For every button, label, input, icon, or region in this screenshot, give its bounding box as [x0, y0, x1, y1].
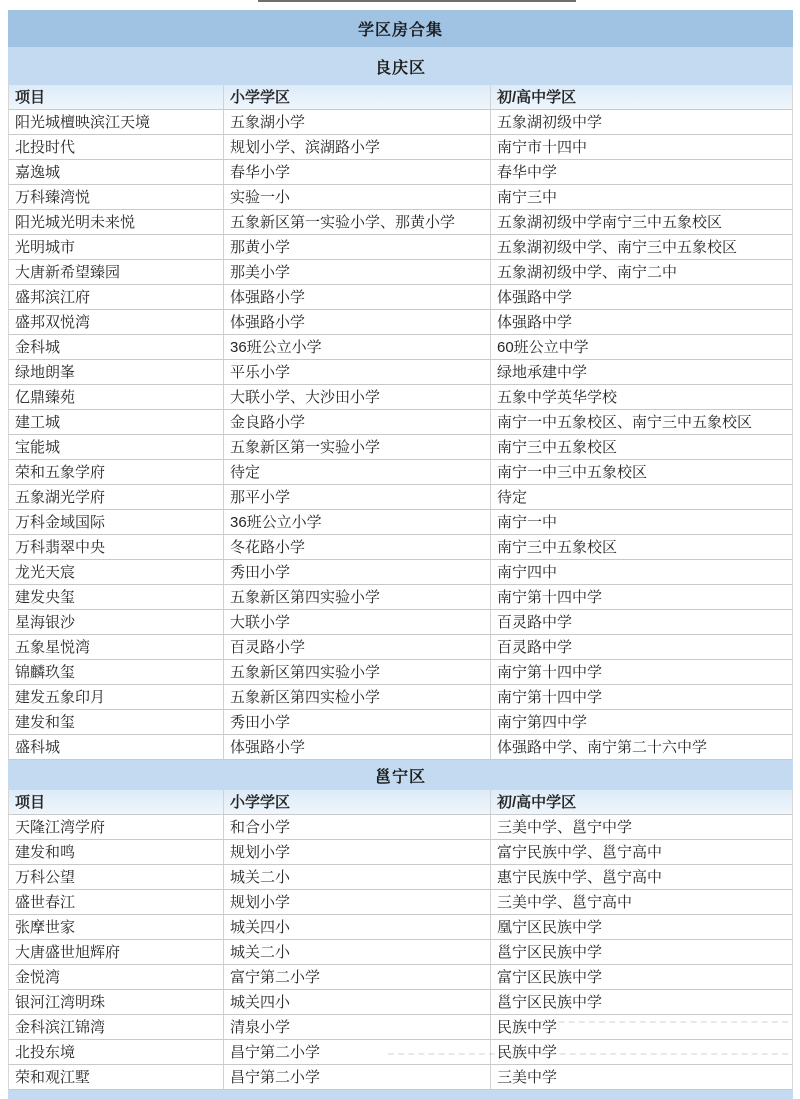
secondary-school-cell: 邕宁区民族中学 — [490, 940, 792, 964]
table-row: 万科公望城关二小惠宁民族中学、邕宁高中 — [8, 865, 793, 890]
table-row: 阳光城光明未来悦五象新区第一实验小学、那黄小学五象湖初级中学南宁三中五象校区 — [8, 210, 793, 235]
table-row: 万科翡翠中央冬花路小学南宁三中五象校区 — [8, 535, 793, 560]
table-row: 盛邦双悦湾体强路小学体强路中学 — [8, 310, 793, 335]
section-header: 良庆区 — [8, 47, 793, 85]
column-header: 小学学区 — [223, 790, 490, 814]
project-cell: 宝能城 — [9, 435, 223, 459]
primary-school-cell: 冬花路小学 — [223, 535, 490, 559]
table-row: 亿鼎臻苑大联小学、大沙田小学五象中学英华学校 — [8, 385, 793, 410]
table-row: 金悦湾富宁第二小学富宁区民族中学 — [8, 965, 793, 990]
table-row: 嘉逸城春华小学春华中学 — [8, 160, 793, 185]
table-row: 荣和五象学府待定南宁一中三中五象校区 — [8, 460, 793, 485]
secondary-school-cell: 春华中学 — [490, 160, 792, 184]
secondary-school-cell: 富宁民族中学、邕宁高中 — [490, 840, 792, 864]
table-row: 大唐新希望臻园那美小学五象湖初级中学、南宁二中 — [8, 260, 793, 285]
secondary-school-cell: 60班公立中学 — [490, 335, 792, 359]
primary-school-cell: 秀田小学 — [223, 560, 490, 584]
table-row: 盛世春江规划小学三美中学、邕宁高中 — [8, 890, 793, 915]
primary-school-cell: 36班公立小学 — [223, 335, 490, 359]
table-row: 宝能城五象新区第一实验小学南宁三中五象校区 — [8, 435, 793, 460]
project-cell: 亿鼎臻苑 — [9, 385, 223, 409]
project-cell: 张摩世家 — [9, 915, 223, 939]
project-cell: 万科金域国际 — [9, 510, 223, 534]
table-row: 锦麟玖玺五象新区第四实验小学南宁第十四中学 — [8, 660, 793, 685]
project-cell: 荣和五象学府 — [9, 460, 223, 484]
secondary-school-cell: 南宁第十四中学 — [490, 685, 792, 709]
project-cell: 建工城 — [9, 410, 223, 434]
project-cell: 绿地朗峯 — [9, 360, 223, 384]
secondary-school-cell: 富宁区民族中学 — [490, 965, 792, 989]
secondary-school-cell: 南宁三中五象校区 — [490, 435, 792, 459]
project-cell: 金科城 — [9, 335, 223, 359]
secondary-school-cell: 五象中学英华学校 — [490, 385, 792, 409]
primary-school-cell: 清泉小学 — [223, 1015, 490, 1039]
project-cell: 建发和鸣 — [9, 840, 223, 864]
secondary-school-cell: 民族中学 — [490, 1040, 792, 1064]
secondary-school-cell: 体强路中学 — [490, 310, 792, 334]
primary-school-cell: 规划小学 — [223, 890, 490, 914]
table-row: 张摩世家城关四小凰宁区民族中学 — [8, 915, 793, 940]
table-row: 金科滨江锦湾清泉小学民族中学 — [8, 1015, 793, 1040]
table-row: 星海银沙大联小学百灵路中学 — [8, 610, 793, 635]
primary-school-cell: 五象新区第一实验小学、那黄小学 — [223, 210, 490, 234]
primary-school-cell: 体强路小学 — [223, 285, 490, 309]
project-cell: 天隆江湾学府 — [9, 815, 223, 839]
primary-school-cell: 那平小学 — [223, 485, 490, 509]
project-cell: 嘉逸城 — [9, 160, 223, 184]
primary-school-cell: 城关四小 — [223, 990, 490, 1014]
project-cell: 龙光天宸 — [9, 560, 223, 584]
table-row: 建发和玺秀田小学南宁第四中学 — [8, 710, 793, 735]
project-cell: 五象湖光学府 — [9, 485, 223, 509]
project-cell: 五象星悦湾 — [9, 635, 223, 659]
table-row: 阳光城檀映滨江天境五象湖小学五象湖初级中学 — [8, 110, 793, 135]
project-cell: 盛世春江 — [9, 890, 223, 914]
secondary-school-cell: 体强路中学 — [490, 285, 792, 309]
project-cell: 北投东境 — [9, 1040, 223, 1064]
project-cell: 北投时代 — [9, 135, 223, 159]
bottom-band-partial — [8, 1090, 793, 1099]
primary-school-cell: 城关二小 — [223, 865, 490, 889]
column-header: 初/高中学区 — [490, 85, 792, 109]
table-title: 学区房合集 — [8, 10, 793, 47]
column-header: 项目 — [9, 85, 223, 109]
table-row: 建工城金良路小学南宁一中五象校区、南宁三中五象校区 — [8, 410, 793, 435]
secondary-school-cell: 百灵路中学 — [490, 610, 792, 634]
primary-school-cell: 大联小学、大沙田小学 — [223, 385, 490, 409]
primary-school-cell: 36班公立小学 — [223, 510, 490, 534]
primary-school-cell: 秀田小学 — [223, 710, 490, 734]
table-row: 建发央玺五象新区第四实验小学南宁第十四中学 — [8, 585, 793, 610]
secondary-school-cell: 南宁第十四中学 — [490, 660, 792, 684]
secondary-school-cell: 南宁三中五象校区 — [490, 535, 792, 559]
secondary-school-cell: 待定 — [490, 485, 792, 509]
project-cell: 阳光城光明未来悦 — [9, 210, 223, 234]
table-row: 五象星悦湾百灵路小学百灵路中学 — [8, 635, 793, 660]
table-row: 建发五象印月五象新区第四实检小学南宁第十四中学 — [8, 685, 793, 710]
primary-school-cell: 规划小学、滨湖路小学 — [223, 135, 490, 159]
table-row: 大唐盛世旭辉府城关二小邕宁区民族中学 — [8, 940, 793, 965]
table-sections: 良庆区项目小学学区初/高中学区阳光城檀映滨江天境五象湖小学五象湖初级中学北投时代… — [8, 47, 793, 1090]
project-cell: 银河江湾明珠 — [9, 990, 223, 1014]
primary-school-cell: 待定 — [223, 460, 490, 484]
secondary-school-cell: 百灵路中学 — [490, 635, 792, 659]
secondary-school-cell: 五象湖初级中学、南宁二中 — [490, 260, 792, 284]
table-row: 万科臻湾悦实验一小南宁三中 — [8, 185, 793, 210]
secondary-school-cell: 南宁市十四中 — [490, 135, 792, 159]
school-district-table: 学区房合集 良庆区项目小学学区初/高中学区阳光城檀映滨江天境五象湖小学五象湖初级… — [8, 10, 793, 1099]
primary-school-cell: 金良路小学 — [223, 410, 490, 434]
primary-school-cell: 春华小学 — [223, 160, 490, 184]
project-cell: 盛邦双悦湾 — [9, 310, 223, 334]
table-row: 龙光天宸秀田小学南宁四中 — [8, 560, 793, 585]
primary-school-cell: 体强路小学 — [223, 310, 490, 334]
secondary-school-cell: 五象湖初级中学、南宁三中五象校区 — [490, 235, 792, 259]
primary-school-cell: 五象新区第四实检小学 — [223, 685, 490, 709]
project-cell: 万科翡翠中央 — [9, 535, 223, 559]
primary-school-cell: 规划小学 — [223, 840, 490, 864]
secondary-school-cell: 三美中学 — [490, 1065, 792, 1089]
primary-school-cell: 平乐小学 — [223, 360, 490, 384]
secondary-school-cell: 南宁一中五象校区、南宁三中五象校区 — [490, 410, 792, 434]
project-cell: 金悦湾 — [9, 965, 223, 989]
table-row: 五象湖光学府那平小学待定 — [8, 485, 793, 510]
secondary-school-cell: 南宁四中 — [490, 560, 792, 584]
secondary-school-cell: 邕宁区民族中学 — [490, 990, 792, 1014]
secondary-school-cell: 五象湖初级中学南宁三中五象校区 — [490, 210, 792, 234]
primary-school-cell: 五象新区第一实验小学 — [223, 435, 490, 459]
project-cell: 盛科城 — [9, 735, 223, 759]
project-cell: 建发和玺 — [9, 710, 223, 734]
primary-school-cell: 体强路小学 — [223, 735, 490, 759]
primary-school-cell: 五象新区第四实验小学 — [223, 660, 490, 684]
table-row: 北投东境昌宁第二小学民族中学 — [8, 1040, 793, 1065]
project-cell: 盛邦滨江府 — [9, 285, 223, 309]
primary-school-cell: 五象湖小学 — [223, 110, 490, 134]
primary-school-cell: 和合小学 — [223, 815, 490, 839]
secondary-school-cell: 体强路中学、南宁第二十六中学 — [490, 735, 792, 759]
table-row: 建发和鸣规划小学富宁民族中学、邕宁高中 — [8, 840, 793, 865]
table-row: 绿地朗峯平乐小学绿地承建中学 — [8, 360, 793, 385]
column-header-row: 项目小学学区初/高中学区 — [8, 85, 793, 110]
secondary-school-cell: 五象湖初级中学 — [490, 110, 792, 134]
top-edge-artifact — [258, 0, 576, 2]
project-cell: 荣和观江墅 — [9, 1065, 223, 1089]
column-header: 项目 — [9, 790, 223, 814]
project-cell: 万科臻湾悦 — [9, 185, 223, 209]
primary-school-cell: 百灵路小学 — [223, 635, 490, 659]
table-row: 金科城36班公立小学60班公立中学 — [8, 335, 793, 360]
secondary-school-cell: 南宁一中 — [490, 510, 792, 534]
project-cell: 星海银沙 — [9, 610, 223, 634]
table-row: 光明城市那黄小学五象湖初级中学、南宁三中五象校区 — [8, 235, 793, 260]
column-header-row: 项目小学学区初/高中学区 — [8, 790, 793, 815]
project-cell: 建发央玺 — [9, 585, 223, 609]
table-row: 天隆江湾学府和合小学三美中学、邕宁中学 — [8, 815, 793, 840]
project-cell: 光明城市 — [9, 235, 223, 259]
secondary-school-cell: 南宁第四中学 — [490, 710, 792, 734]
secondary-school-cell: 三美中学、邕宁高中 — [490, 890, 792, 914]
primary-school-cell: 那美小学 — [223, 260, 490, 284]
secondary-school-cell: 绿地承建中学 — [490, 360, 792, 384]
secondary-school-cell: 民族中学 — [490, 1015, 792, 1039]
secondary-school-cell: 南宁三中 — [490, 185, 792, 209]
table-row: 荣和观江墅昌宁第二小学三美中学 — [8, 1065, 793, 1090]
secondary-school-cell: 三美中学、邕宁中学 — [490, 815, 792, 839]
primary-school-cell: 五象新区第四实验小学 — [223, 585, 490, 609]
project-cell: 阳光城檀映滨江天境 — [9, 110, 223, 134]
primary-school-cell: 昌宁第二小学 — [223, 1040, 490, 1064]
project-cell: 大唐盛世旭辉府 — [9, 940, 223, 964]
column-header: 小学学区 — [223, 85, 490, 109]
primary-school-cell: 那黄小学 — [223, 235, 490, 259]
project-cell: 金科滨江锦湾 — [9, 1015, 223, 1039]
table-row: 银河江湾明珠城关四小邕宁区民族中学 — [8, 990, 793, 1015]
table-row: 盛邦滨江府体强路小学体强路中学 — [8, 285, 793, 310]
table-row: 北投时代规划小学、滨湖路小学南宁市十四中 — [8, 135, 793, 160]
secondary-school-cell: 惠宁民族中学、邕宁高中 — [490, 865, 792, 889]
project-cell: 建发五象印月 — [9, 685, 223, 709]
primary-school-cell: 昌宁第二小学 — [223, 1065, 490, 1089]
table-row: 万科金域国际36班公立小学南宁一中 — [8, 510, 793, 535]
primary-school-cell: 实验一小 — [223, 185, 490, 209]
project-cell: 万科公望 — [9, 865, 223, 889]
table-row: 盛科城体强路小学体强路中学、南宁第二十六中学 — [8, 735, 793, 760]
primary-school-cell: 富宁第二小学 — [223, 965, 490, 989]
secondary-school-cell: 南宁第十四中学 — [490, 585, 792, 609]
section-header: 邕宁区 — [8, 760, 793, 790]
secondary-school-cell: 凰宁区民族中学 — [490, 915, 792, 939]
primary-school-cell: 城关四小 — [223, 915, 490, 939]
project-cell: 锦麟玖玺 — [9, 660, 223, 684]
project-cell: 大唐新希望臻园 — [9, 260, 223, 284]
column-header: 初/高中学区 — [490, 790, 792, 814]
secondary-school-cell: 南宁一中三中五象校区 — [490, 460, 792, 484]
primary-school-cell: 城关二小 — [223, 940, 490, 964]
primary-school-cell: 大联小学 — [223, 610, 490, 634]
